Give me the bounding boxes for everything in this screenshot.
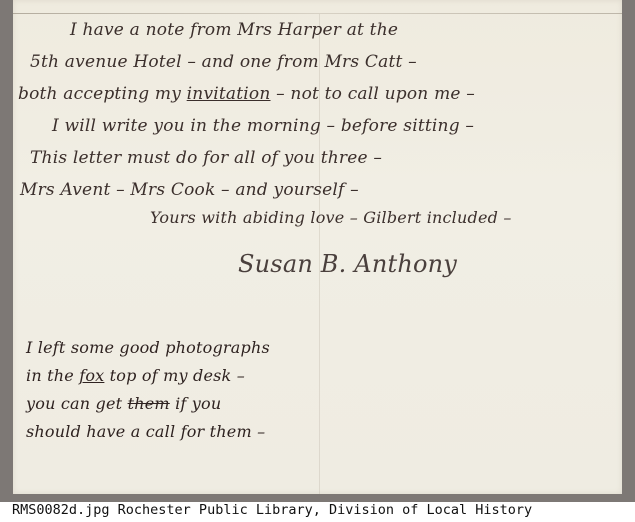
- postscript-line: you can get them if you: [26, 394, 221, 413]
- postscript-text: you can get: [26, 394, 128, 413]
- letter-line-text: – not to call upon me –: [271, 84, 475, 104]
- letter-line: I will write you in the morning – before…: [52, 116, 474, 136]
- letter-paper: [13, 0, 622, 494]
- letter-line-text: both accepting my: [18, 84, 187, 104]
- underlined-word: fox: [79, 366, 104, 385]
- postscript-text: if you: [170, 394, 222, 413]
- horizontal-fold-line: [13, 13, 622, 14]
- letter-line: I have a note from Mrs Harper at the: [70, 20, 398, 40]
- postscript-text: top of my desk –: [104, 366, 245, 385]
- postscript-text: in the: [26, 366, 79, 385]
- postscript-line: should have a call for them –: [26, 422, 265, 441]
- postscript-line: in the fox top of my desk –: [26, 366, 245, 385]
- postscript-line: I left some good photographs: [26, 338, 270, 357]
- letter-line: both accepting my invitation – not to ca…: [18, 84, 475, 104]
- signature: Susan B. Anthony: [238, 250, 457, 278]
- letter-line: Mrs Avent – Mrs Cook – and yourself –: [20, 180, 359, 200]
- letter-closing: Yours with abiding love – Gilbert includ…: [150, 208, 512, 227]
- letter-line: 5th avenue Hotel – and one from Mrs Catt…: [30, 52, 417, 72]
- underlined-word: invitation: [187, 84, 271, 104]
- image-caption: RMS0082d.jpg Rochester Public Library, D…: [12, 502, 532, 518]
- letter-line: This letter must do for all of you three…: [30, 148, 382, 168]
- struck-word: them: [128, 394, 170, 413]
